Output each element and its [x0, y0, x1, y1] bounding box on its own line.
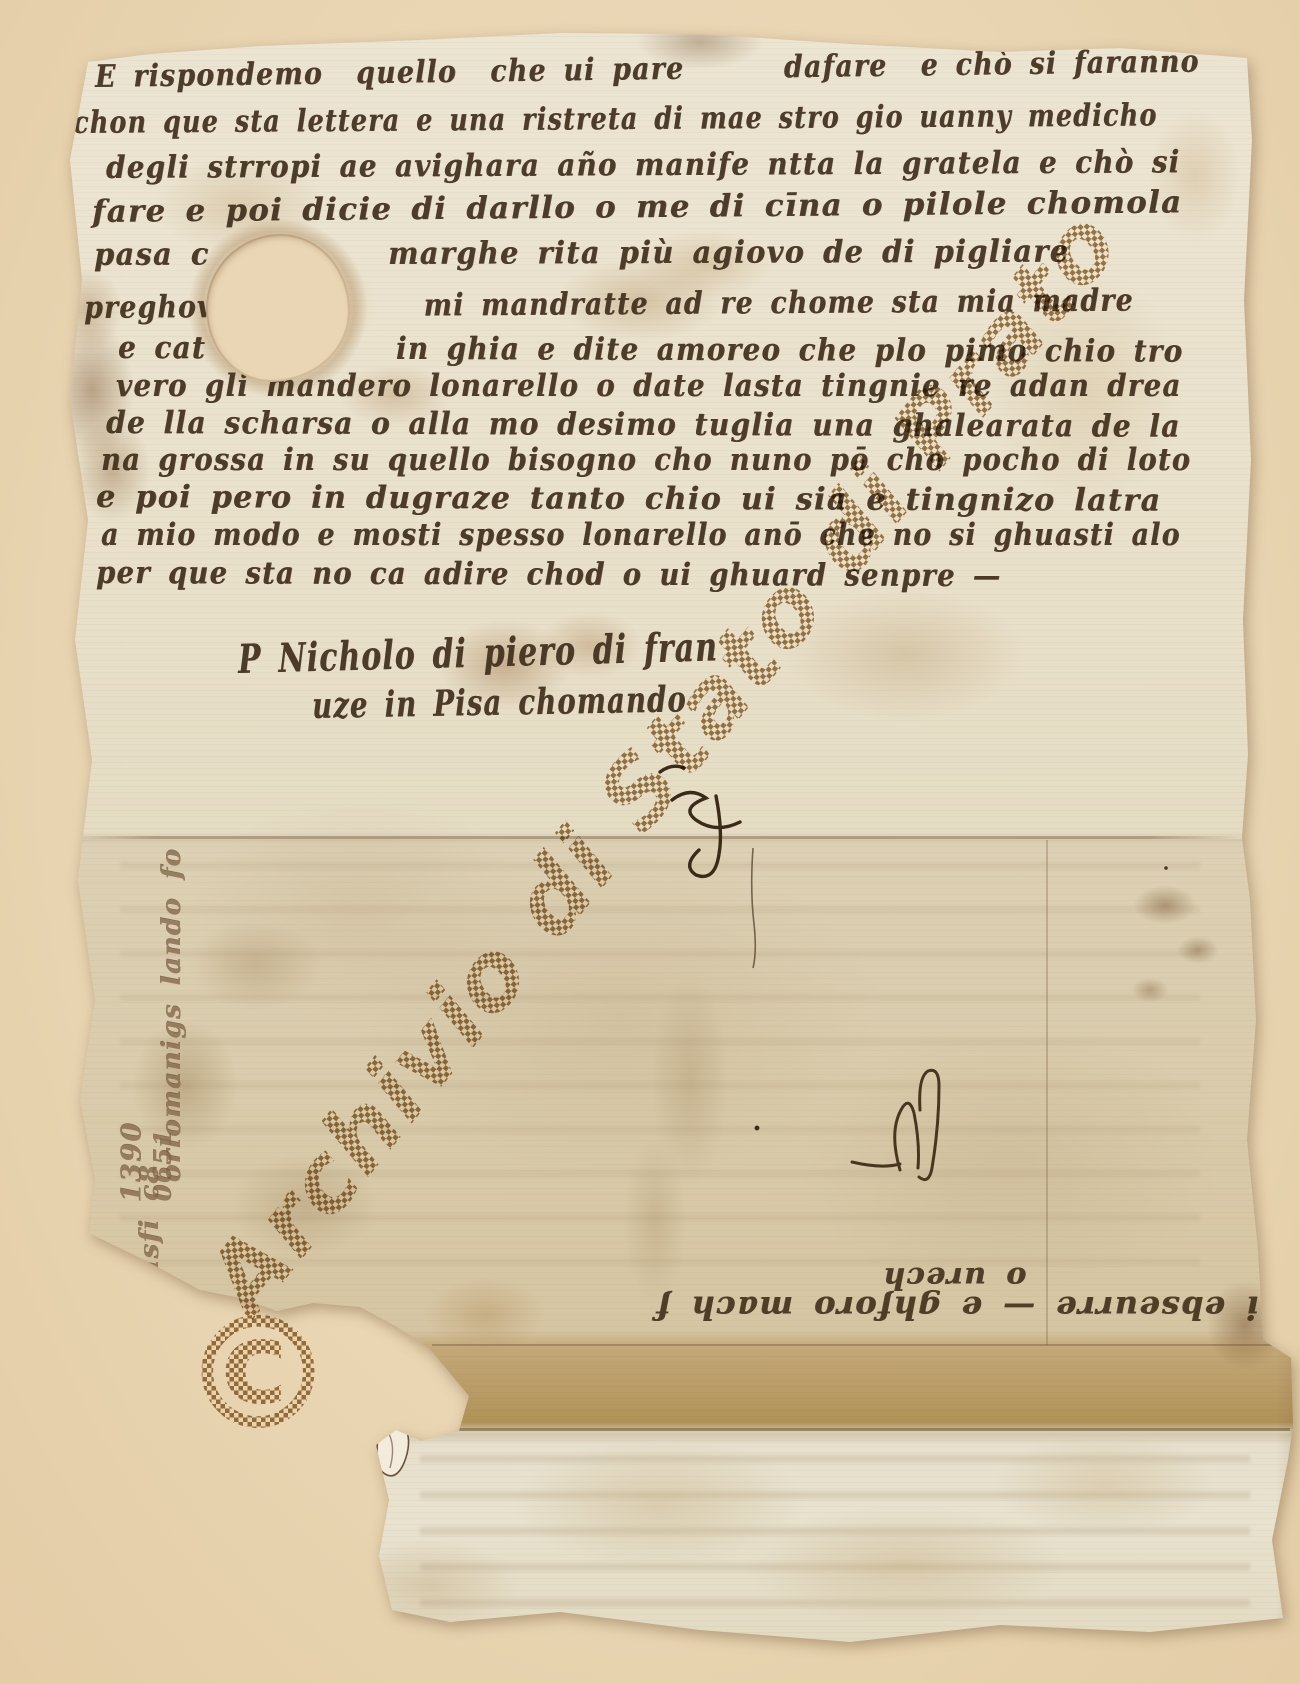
signature-line: P Nicholo di piero di fran [237, 627, 718, 680]
archival-note-number: 0651 [151, 1129, 175, 1202]
manuscript-line: de lla scharsa o alla mo desimo tuglia u… [106, 408, 1181, 443]
fold-crease-flap-top [432, 1428, 1290, 1431]
scanned-letter-page: { "document": { "kind": "medieval manusc… [0, 0, 1300, 1684]
manuscript-line: na grossa in su quello bisogno cho nuno … [101, 445, 1191, 476]
manuscript-line: e poi pero in dugraze tanto chio ui sia … [96, 482, 1161, 517]
fold-crease-vertical [1046, 840, 1048, 1345]
manuscript-line: degli strropi ae avighara año manife ntt… [106, 147, 1181, 184]
archival-note-year: 1390 [119, 1121, 146, 1202]
manuscript-line: a mio modo e mosti spesso lonarello anō … [101, 520, 1181, 551]
fold-crease-band-top [432, 1344, 1290, 1346]
manuscript-line: chon que sta lettera e una ristreta di m… [73, 100, 1158, 139]
verso-address-line: ui ebseurre — e ghforo mach f [655, 1292, 1283, 1324]
verso-address-line: o urech [882, 1262, 1027, 1292]
